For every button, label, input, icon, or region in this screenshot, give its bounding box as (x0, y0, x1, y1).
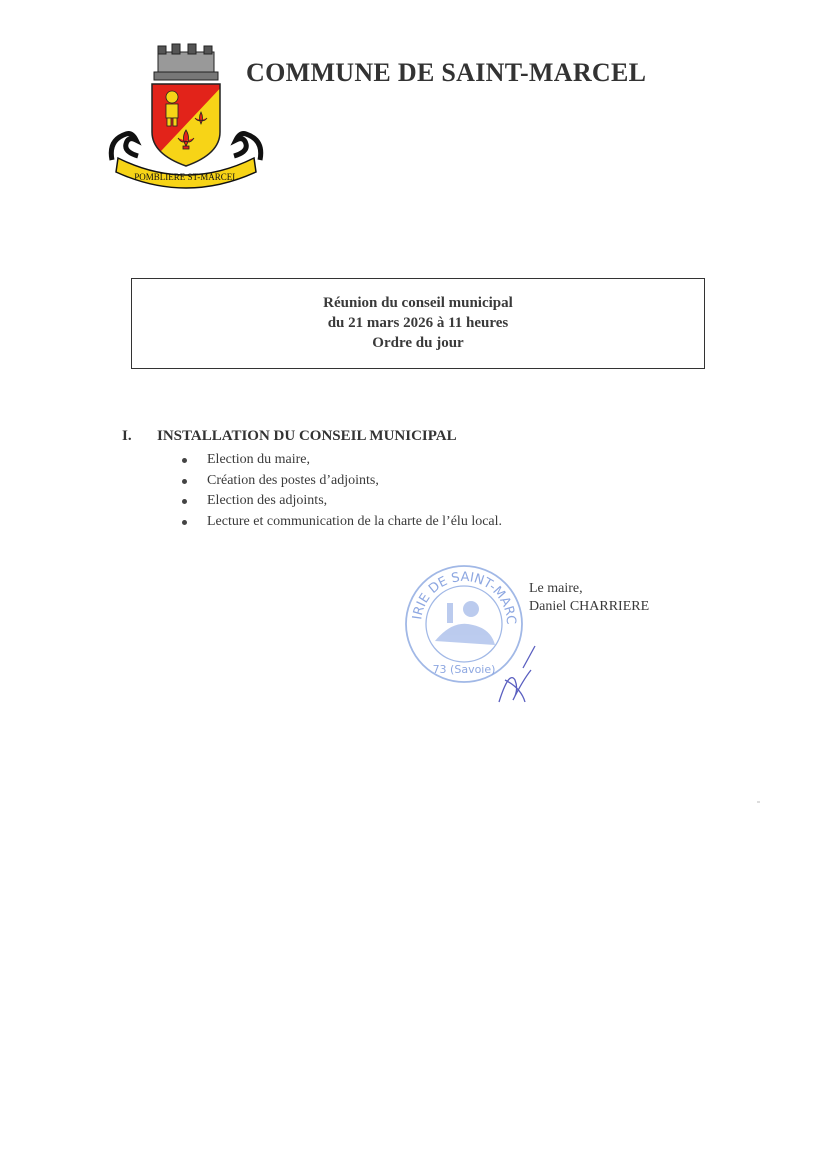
section-heading: INSTALLATION DU CONSEIL MUNICIPAL (157, 428, 457, 445)
meeting-date: du 21 mars 2026 à 11 heures (132, 313, 704, 333)
section-number: I. (122, 428, 132, 445)
svg-text:73 (Savoie): 73 (Savoie) (433, 663, 496, 676)
list-item: Création des postes d’adjoints, (180, 471, 502, 492)
bullet-icon (182, 458, 187, 463)
list-item: Election des adjoints, (180, 491, 502, 512)
signer-block: Le maire, Daniel CHARRIERE (529, 580, 649, 616)
list-item: Election du maire, (180, 450, 502, 471)
svg-text:POMBLIERE ST-MARCEL: POMBLIERE ST-MARCEL (134, 172, 237, 182)
page-title: COMMUNE DE SAINT-MARCEL (246, 58, 646, 88)
meeting-info-box: Réunion du conseil municipal du 21 mars … (131, 278, 705, 369)
signer-role: Le maire, (529, 580, 649, 598)
signer-name: Daniel CHARRIERE (529, 598, 649, 616)
bullet-icon (182, 520, 187, 525)
scan-artifact (757, 801, 760, 803)
bullet-icon (182, 479, 187, 484)
coat-of-arms-icon: POMBLIERE ST-MARCEL (106, 42, 266, 198)
list-item: Lecture et communication de la charte de… (180, 512, 502, 533)
meeting-title: Réunion du conseil municipal (132, 293, 704, 313)
signature-icon (495, 640, 540, 705)
agenda-items: Election du maire, Création des postes d… (180, 450, 502, 532)
agenda-label: Ordre du jour (132, 333, 704, 353)
bullet-icon (182, 499, 187, 504)
